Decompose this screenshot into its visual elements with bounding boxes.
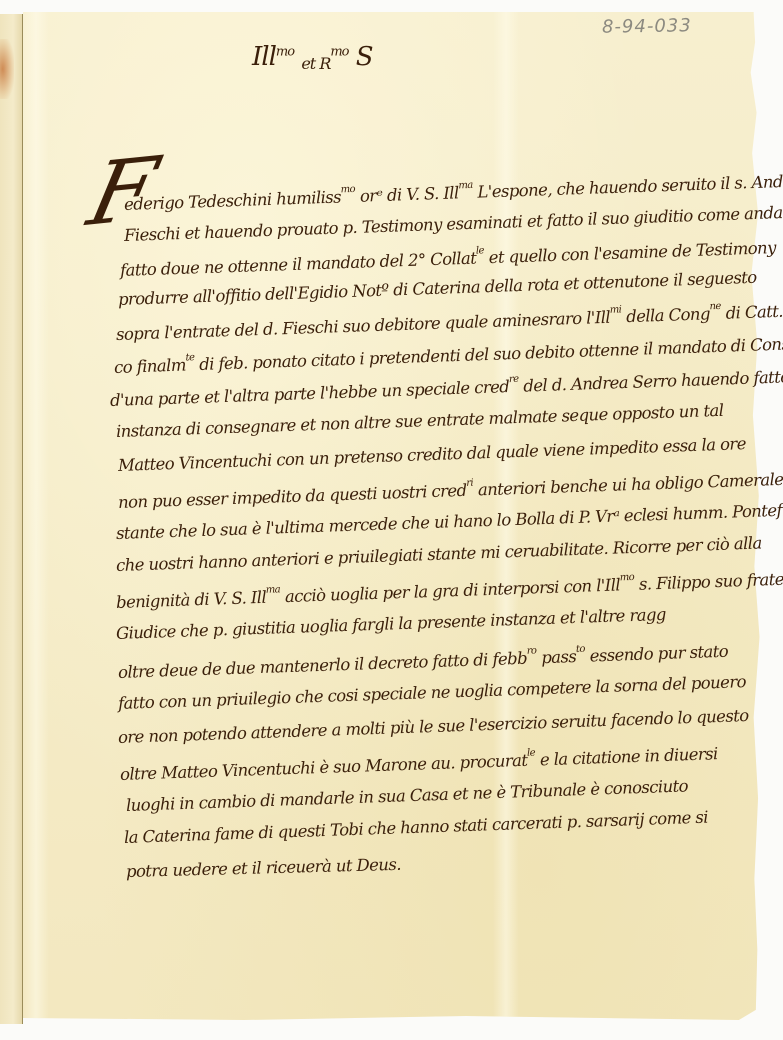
line-sup: ma <box>458 180 473 191</box>
line-text: orᵉ di V. S. Ill <box>355 183 459 206</box>
line-sup: ne <box>709 301 721 312</box>
line-sup: te <box>185 352 194 363</box>
line-text: pass <box>536 647 576 667</box>
salutation-part: S <box>356 42 373 72</box>
line-sup: ma <box>266 584 281 595</box>
line-sup: mi <box>610 304 622 315</box>
line-text: s. Filippo suo fratello <box>634 569 783 594</box>
line-text: di Catt. <box>721 302 783 323</box>
fold-crease <box>23 12 49 1020</box>
salutation-sup: mo <box>330 44 348 59</box>
salutation-part: et R <box>301 54 330 73</box>
line-sup: mo <box>620 572 635 583</box>
line-sup: ro <box>527 645 537 656</box>
line-sup: re <box>509 374 519 385</box>
salutation-sup: mo <box>276 44 294 59</box>
line-text: co finalm <box>114 355 186 376</box>
scanned-manuscript: 8-94-033 Illmo et Rmo S F ederigo Tedesc… <box>0 0 783 1040</box>
line-sup: mo <box>341 184 356 195</box>
archive-number: 8-94-033 <box>602 15 692 38</box>
salutation: Illmo et Rmo S <box>252 42 373 73</box>
salutation-part: Ill <box>252 42 276 72</box>
rust-stain <box>0 39 14 99</box>
left-leaf-edge <box>0 14 23 1024</box>
line-text: della Cong <box>621 304 710 326</box>
